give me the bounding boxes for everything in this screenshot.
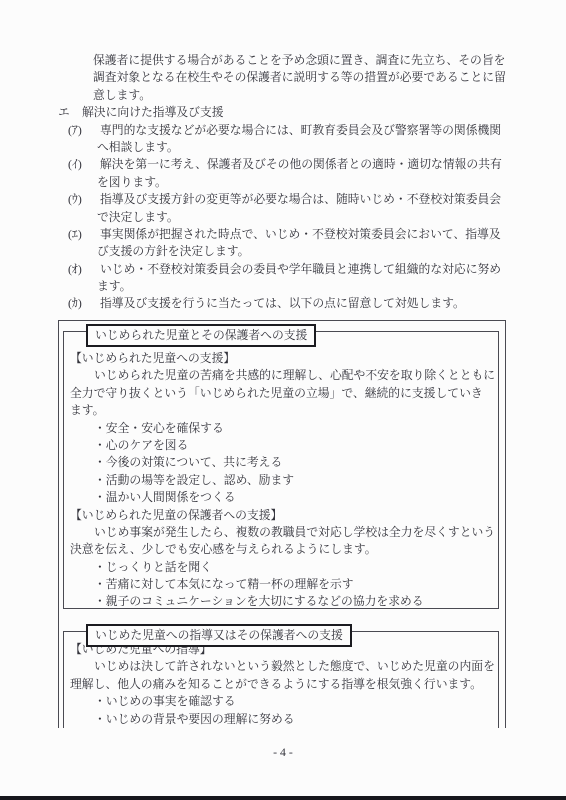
list-item: (ｶ)指導及び支援を行うに当たっては、以下の点に留意して対処します。: [68, 295, 566, 312]
scan-edge-band: [0, 796, 566, 800]
text-line: 保護者に提供する場合があることを予め念頭に置き、調査に先立ち、その旨を: [93, 52, 566, 69]
item-text: 専門的な支援などが必要な場合には、町教育委員会及び警察署等の関係機関: [100, 123, 501, 137]
item-label: (ｲ): [68, 156, 100, 173]
text-line: へ相談します。: [68, 139, 566, 156]
page-number: - 4 -: [0, 744, 566, 761]
item-list: (ｱ)専門的な支援などが必要な場合には、町教育委員会及び警察署等の関係機関へ相談…: [68, 122, 566, 313]
list-item: (ｲ)解決を第一に考え、保護者及びその他の関係者との適時・適切な情報の共有: [68, 156, 566, 173]
text-line: 【いじめられた児童への支援】: [70, 350, 504, 367]
text-line: 調査対象となる在校生やその保護者に説明する等の措置が必要であることに留: [93, 69, 566, 86]
text-line: いじめられた児童の苦痛を共感的に理解し、心配や不安を取り除くとともに: [70, 367, 504, 384]
text-line: 理解し、他人の痛みを知ることができるようにする指導を根気強く行います。: [70, 676, 504, 693]
body-text: 保護者に提供する場合があることを予め念頭に置き、調査に先立ち、その旨を調査対象と…: [0, 52, 566, 313]
text-line: で決定します。: [68, 209, 566, 226]
item-text: 事実関係が把握された時点で、いじめ・不登校対策委員会において、指導及: [100, 227, 501, 241]
box-content: 【いじめた児童への指導】いじめは決して許されないという毅然とした態度で、いじめた…: [70, 641, 504, 728]
bullied-child-support-box: いじめられた児童とその保護者への支援 【いじめられた児童への支援】いじめられた児…: [63, 331, 499, 609]
text-line: 意します。: [93, 87, 566, 104]
text-line: ・活動の場等を設定し、認め、励ます: [70, 472, 504, 489]
item-label: (ｶ): [68, 295, 100, 312]
text-line: ・心のケアを図る: [70, 437, 504, 454]
text-line: を図ります。: [68, 174, 566, 191]
text-line: ・安全・安心を確保する: [70, 420, 504, 437]
text-line: ます。: [68, 278, 566, 295]
box-title: いじめられた児童とその保護者への支援: [86, 324, 316, 347]
list-item: (ｱ)専門的な支援などが必要な場合には、町教育委員会及び警察署等の関係機関: [68, 122, 566, 139]
section-title: 解決に向けた指導及び支援: [82, 105, 224, 119]
section-heading: エ解決に向けた指導及び支援: [58, 104, 566, 121]
text-line: ・今後の対策について、共に考える: [70, 454, 504, 471]
text-line: ・いじめの事実を確認する: [70, 693, 504, 710]
text-line: 【いじめられた児童の保護者への支援】: [70, 507, 504, 524]
item-text: いじめ・不登校対策委員会の委員や学年職員と連携して組織的な対応に努め: [100, 262, 501, 276]
box-title: いじめた児童への指導又はその保護者への支援: [86, 624, 352, 647]
text-line: ・じっくりと話を聞く: [70, 559, 504, 576]
text-line: ・親子のコミュニケーションを大切にするなどの協力を求める: [70, 593, 504, 610]
item-text: 解決を第一に考え、保護者及びその他の関係者との適時・適切な情報の共有: [100, 157, 502, 171]
text-line: いじめ事案が発生したら、複数の教職員で対応し学校は全力を尽くすという: [70, 524, 504, 541]
item-label: (ｴ): [68, 226, 100, 243]
list-item: (ｴ)事実関係が把握された時点で、いじめ・不登校対策委員会において、指導及: [68, 226, 566, 243]
text-line: 全力で守り抜くという「いじめられた児童の立場」で、継続的に支援していき: [70, 385, 504, 402]
item-text: 指導及び支援方針の変更等が必要な場合は、随時いじめ・不登校対策委員会: [100, 192, 501, 206]
text-line: ・温かい人間関係をつくる: [70, 489, 504, 506]
support-outer-box: いじめられた児童とその保護者への支援 【いじめられた児童への支援】いじめられた児…: [58, 320, 506, 728]
item-label: (ｳ): [68, 191, 100, 208]
item-label: (ｵ): [68, 261, 100, 278]
section-label: エ: [58, 104, 82, 121]
text-line: ・苦痛に対して本気になって精一杯の理解を示す: [70, 576, 504, 593]
list-item: (ｵ)いじめ・不登校対策委員会の委員や学年職員と連携して組織的な対応に努め: [68, 261, 566, 278]
document-page: 保護者に提供する場合があることを予め念頭に置き、調査に先立ち、その旨を調査対象と…: [0, 0, 566, 800]
text-line: び支援の方針を決定します。: [68, 243, 566, 260]
text-line: ます。: [70, 402, 504, 419]
text-line: いじめは決して許されないという毅然とした態度で、いじめた児童の内面を: [70, 658, 504, 675]
item-label: (ｱ): [68, 122, 100, 139]
intro-paragraph: 保護者に提供する場合があることを予め念頭に置き、調査に先立ち、その旨を調査対象と…: [93, 52, 566, 104]
list-item: (ｳ)指導及び支援方針の変更等が必要な場合は、随時いじめ・不登校対策委員会: [68, 191, 566, 208]
text-line: ・いじめの背景や要因の理解に努める: [70, 711, 504, 728]
item-text: 指導及び支援を行うに当たっては、以下の点に留意して対処します。: [100, 296, 465, 310]
bullying-child-guidance-box: いじめた児童への指導又はその保護者への支援 【いじめた児童への指導】いじめは決し…: [63, 631, 499, 728]
box-content: 【いじめられた児童への支援】いじめられた児童の苦痛を共感的に理解し、心配や不安を…: [70, 350, 504, 611]
text-line: 決意を伝え、少しでも安心感を与えられるようにします。: [70, 541, 504, 558]
